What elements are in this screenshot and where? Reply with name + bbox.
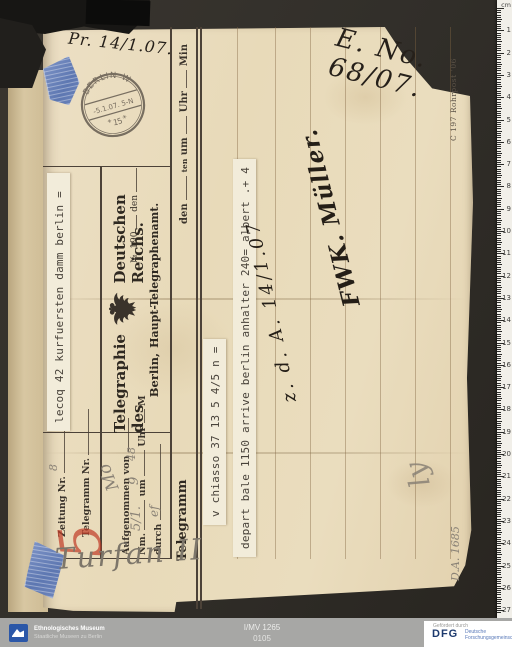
ruler-tick — [497, 211, 501, 212]
ruler-tick — [497, 505, 501, 506]
ruler-cm-label: 7 — [507, 160, 511, 168]
ruler-tick — [497, 392, 501, 393]
ruler-tick — [497, 340, 501, 341]
ruler-tick — [497, 155, 501, 156]
ruler-tick — [497, 53, 504, 54]
ruler-tick — [497, 222, 501, 223]
ruler-tick — [497, 541, 501, 542]
pencil-eight: 8 — [47, 464, 60, 471]
ruler-tick — [497, 572, 501, 573]
ruler-tick — [497, 461, 501, 462]
ruler-tick — [497, 244, 501, 245]
ruler-tick — [497, 358, 501, 359]
page-number: 0105 — [222, 634, 302, 643]
ruler-tick — [497, 235, 501, 236]
ruler-tick — [497, 539, 501, 540]
ruler-tick — [497, 385, 501, 386]
pencil-flourish: ly — [398, 458, 437, 491]
ruler-tick — [497, 17, 501, 18]
ruler-tick — [497, 153, 502, 154]
ruler-tick — [497, 590, 501, 591]
ruler-tick — [497, 528, 501, 529]
ruler-tick — [497, 463, 501, 464]
dfg-name-line2: Forschungsgemeinschaft — [465, 635, 512, 641]
ruler-tick — [497, 479, 501, 480]
ruler-tick — [497, 233, 501, 234]
ruler-tick — [497, 262, 501, 263]
ruler-cm-label: 4 — [507, 93, 511, 101]
pencil-ef: ef — [147, 505, 161, 517]
ruler-tick — [497, 494, 501, 495]
ruler-tick — [497, 557, 501, 558]
ruler-tick — [497, 510, 502, 511]
ruler-tick — [497, 586, 501, 587]
ruler-tick — [497, 151, 501, 152]
ruler-tick — [497, 316, 501, 317]
ruler-tick — [497, 191, 501, 192]
ruler-tick — [497, 347, 501, 348]
ruler-tick — [497, 416, 501, 417]
signature: FWK. Müller. — [295, 126, 365, 310]
form-rule — [380, 27, 381, 559]
ruler-cm-label: 3 — [507, 71, 511, 79]
ruler-tick — [497, 396, 501, 397]
ruler-tick — [497, 200, 501, 201]
ruler-tick — [497, 298, 504, 299]
ruler-tick — [497, 525, 501, 526]
ruler-tick — [497, 242, 502, 243]
ruler-tick — [497, 314, 501, 315]
ruler-tick — [497, 407, 501, 408]
dateline-uhr: Uhr — [179, 91, 190, 112]
ruler-tick — [497, 376, 502, 377]
ruler-tick — [497, 82, 501, 83]
ruler-tick — [497, 215, 501, 216]
ruler-tick — [497, 398, 502, 399]
ruler-tick — [497, 472, 501, 473]
ruler-cm-label: 5 — [507, 116, 511, 124]
ruler-tick — [497, 474, 501, 475]
ruler-tick — [497, 162, 501, 163]
ruler-tick — [497, 543, 504, 544]
ruler-cm-label: 8 — [507, 182, 511, 190]
telegramm-nr-blank — [79, 409, 89, 455]
ruler-tick — [497, 79, 501, 80]
form-rule — [310, 27, 311, 559]
dateline-den: den — [179, 203, 190, 224]
ruler-tick — [497, 545, 501, 546]
ruler-tick — [497, 213, 501, 214]
aufgenommen-field: Aufgenommen von — [119, 418, 132, 555]
ruler-tick — [497, 142, 504, 143]
dateline-blank2 — [177, 116, 187, 134]
dateline-blank3 — [177, 70, 187, 88]
ruler-tick — [497, 97, 504, 98]
binding-fragment — [86, 0, 151, 26]
ruler-tick — [497, 487, 502, 488]
ruler-tick — [497, 309, 502, 310]
ruler-tick — [497, 227, 501, 228]
form-rule — [170, 27, 172, 559]
ruler-tick — [497, 177, 501, 178]
ruler-tick — [497, 173, 501, 174]
ruler-tick — [497, 12, 501, 13]
ruler-tick — [497, 164, 504, 165]
ruler-tick — [497, 180, 501, 181]
ruler-tick — [497, 289, 501, 290]
ruler-tick — [497, 104, 501, 105]
ruler-tick — [497, 271, 501, 272]
dateline-min: Min — [179, 44, 190, 66]
ruler-tick — [497, 75, 504, 76]
ruler-tick — [497, 329, 501, 330]
ruler-tick — [497, 311, 501, 312]
ruler-tick — [497, 50, 501, 51]
ruler-tick — [497, 280, 501, 281]
ruler-tick — [497, 124, 501, 125]
ruler-tick — [497, 400, 501, 401]
ruler-tick — [497, 133, 501, 134]
ruler-tick — [497, 436, 501, 437]
ruler-tick — [497, 559, 501, 560]
ruler-tick — [497, 302, 501, 303]
ruler-tick — [497, 21, 501, 22]
ruler-tick — [497, 264, 502, 265]
dfg-acronym: DFG — [432, 628, 458, 640]
ruler-tick — [497, 28, 501, 29]
ruler-tick — [497, 320, 504, 321]
ruler-tick — [497, 57, 501, 58]
ruler-tick — [497, 144, 501, 145]
ruler-tick — [497, 102, 501, 103]
ruler-tick — [497, 351, 501, 352]
ruler-tick — [497, 260, 501, 261]
no-line: №. 190 den — [127, 168, 140, 263]
ruler-tick — [497, 206, 501, 207]
ruler-tick — [497, 209, 504, 210]
ruler-tick — [497, 603, 501, 604]
ruler-tick — [497, 231, 504, 232]
ruler-cm-label: 9 — [507, 205, 511, 213]
ruler-tick — [497, 561, 501, 562]
ruler-tick — [497, 325, 501, 326]
ruler-tick — [497, 499, 504, 500]
ruler-tick — [497, 476, 504, 477]
ruler-tick — [497, 583, 501, 584]
ruler-tick — [497, 195, 501, 196]
ruler-tick — [497, 19, 502, 20]
ruler-tick — [497, 423, 501, 424]
ruler-tick — [497, 530, 501, 531]
ruler-tick — [497, 276, 504, 277]
dateline: den ten um Uhr Min — [177, 44, 190, 224]
ruler-tick — [497, 521, 504, 522]
ruler-tick — [497, 307, 501, 308]
museum-logo — [9, 624, 28, 642]
ruler-tick — [497, 427, 501, 428]
ruler-tick — [497, 41, 502, 42]
ruler-tick — [497, 597, 501, 598]
ruler-tick — [497, 269, 501, 270]
ruler-tick — [497, 566, 504, 567]
ruler-tick — [497, 238, 501, 239]
ruler-tick — [497, 343, 504, 344]
measurement-ruler: cm 1234567891011121314151617181920212223… — [497, 0, 512, 618]
ruler-tick — [497, 432, 504, 433]
ruler-tick — [497, 84, 501, 85]
ruler-tick — [497, 516, 501, 517]
ruler-tick — [497, 300, 501, 301]
ruler-tick — [497, 496, 501, 497]
ruler-tick — [497, 429, 501, 430]
ruler-tick — [497, 606, 501, 607]
ruler-tick — [497, 62, 501, 63]
ruler-tick — [497, 86, 502, 87]
ruler-tick — [497, 59, 501, 60]
ruler-tick — [497, 610, 504, 611]
ruler-tick — [497, 186, 504, 187]
ruler-tick — [497, 367, 501, 368]
ruler-tick — [497, 434, 501, 435]
ruler-tick — [497, 135, 501, 136]
ruler-tick — [497, 113, 501, 114]
ruler-tick — [497, 588, 504, 589]
ruler-tick — [497, 202, 501, 203]
ruler-tick — [497, 198, 502, 199]
ruler-tick — [497, 612, 501, 613]
ruler-tick — [497, 24, 501, 25]
ruler-tick — [497, 483, 501, 484]
ruler-tick — [497, 523, 501, 524]
dateline-um: um — [179, 137, 190, 155]
ruler-tick — [497, 438, 501, 439]
ruler-tick — [497, 512, 501, 513]
ruler-tick — [497, 126, 501, 127]
pencil-date: 5/1. — [129, 506, 144, 531]
ruler-tick — [497, 387, 504, 388]
pencil-min: 48 — [125, 447, 138, 461]
ruler-tick — [497, 64, 502, 65]
museum-name: Ethnologisches Museum — [34, 626, 105, 632]
ruler-tick — [497, 184, 501, 185]
ruler-tick — [497, 577, 502, 578]
ruler-tick — [497, 26, 501, 27]
ruler-tick — [497, 95, 501, 96]
ruler-tick — [497, 39, 501, 40]
ruler-tick — [497, 374, 501, 375]
ruler-cm-label: 2 — [507, 49, 511, 57]
form-header: Telegraphie des Deutschen Reichs. — [101, 167, 147, 433]
ruler-tick — [497, 91, 501, 92]
inventory-number: I/MV 1265 — [222, 623, 302, 632]
ruler-tick — [497, 218, 501, 219]
ruler-tick — [497, 117, 501, 118]
ruler-tick — [497, 273, 501, 274]
dfg-full-name: Deutsche Forschungsgemeinschaft — [465, 629, 512, 641]
ruler-tick — [497, 66, 501, 67]
ruler-tick — [497, 409, 504, 410]
ruler-tick — [497, 115, 501, 116]
ruler-tick — [497, 68, 501, 69]
ruler-tick — [497, 247, 501, 248]
ruler-tick — [497, 534, 501, 535]
ruler-tick — [497, 131, 502, 132]
ruler-tick — [497, 282, 501, 283]
ruler-tick — [497, 267, 501, 268]
form-rule — [200, 27, 202, 609]
ruler-tick — [497, 48, 501, 49]
ruler-tick — [497, 166, 501, 167]
ruler-tick — [497, 8, 504, 9]
ruler-tick — [497, 148, 501, 149]
ruler-tick — [497, 418, 501, 419]
ruler-tick — [497, 380, 501, 381]
ruler-tick — [497, 193, 501, 194]
ruler-tick — [497, 336, 501, 337]
ruler-tick — [497, 581, 501, 582]
ruler-tick — [497, 77, 501, 78]
ruler-tick — [497, 33, 501, 34]
ruler-cm-label: 1 — [507, 26, 511, 34]
ruler-tick — [497, 140, 501, 141]
ruler-tick — [497, 360, 501, 361]
ruler-tick — [497, 331, 502, 332]
ruler-tick — [497, 278, 501, 279]
ruler-tick — [497, 293, 501, 294]
ruler-tick — [497, 137, 501, 138]
ruler-tick — [497, 189, 501, 190]
telegramm-nr-field: Telegramm Nr. — [79, 409, 92, 537]
ruler-tick — [497, 514, 501, 515]
ruler-tick — [497, 441, 501, 442]
subtitle-office: Haupt-Telegraphenamt. — [148, 203, 161, 348]
ruler-tick — [497, 574, 501, 575]
message-tape: depart bale 1150 arrive berlin anhalter … — [233, 159, 256, 557]
title-right: Deutschen Reichs. — [101, 167, 147, 284]
ruler-tick — [497, 592, 501, 593]
ruler-tick — [497, 93, 501, 94]
ruler-tick — [497, 285, 501, 286]
ruler-tick — [497, 447, 501, 448]
no-blank — [127, 215, 137, 229]
form-subheader: Berlin, Haupt-Telegraphenamt. — [143, 167, 162, 433]
ruler-tick — [497, 365, 504, 366]
ruler-tick — [497, 338, 501, 339]
ruler-tick — [497, 322, 501, 323]
ruler-tick — [497, 10, 501, 11]
ruler-tick — [497, 253, 504, 254]
ruler-tick — [497, 445, 501, 446]
ruler-tick — [497, 128, 501, 129]
ruler-tick — [497, 394, 501, 395]
ruler-tick — [497, 106, 501, 107]
ruler-tick — [497, 369, 501, 370]
ruler-tick — [497, 485, 501, 486]
ruler-tick — [497, 465, 502, 466]
ruler-tick — [497, 220, 502, 221]
ruler-tick — [497, 467, 501, 468]
ruler-tick — [497, 458, 501, 459]
no-den-label: den — [130, 195, 140, 212]
ruler-tick — [497, 421, 502, 422]
museum-subtitle: Staatliche Museen zu Berlin — [34, 634, 102, 640]
ruler-tick — [497, 256, 501, 257]
ruler-tick — [497, 519, 501, 520]
ruler-tick — [497, 345, 501, 346]
ruler-tick — [497, 452, 501, 453]
ruler-tick — [497, 291, 501, 292]
ruler-tick — [497, 608, 501, 609]
ruler-tick — [497, 157, 501, 158]
ruler-tick — [497, 503, 501, 504]
routing-tape: v chiasso 37 13 5 4/5 n = — [203, 339, 226, 525]
ruler-tick — [497, 204, 501, 205]
under-page — [8, 70, 48, 612]
ruler-tick — [497, 548, 501, 549]
ruler-tick — [497, 15, 501, 16]
ruler-tick — [497, 570, 501, 571]
ruler-cm-label: 6 — [507, 138, 511, 146]
ruler-tick — [497, 30, 504, 31]
no-190-label: №. 190 — [130, 232, 140, 263]
ruler-tick — [497, 305, 501, 306]
ruler-tick — [497, 454, 504, 455]
ruler-tick — [497, 414, 501, 415]
ruler-tick — [497, 37, 501, 38]
ruler-tick — [497, 99, 501, 100]
pencil-hour: 9 — [127, 477, 142, 485]
no-den-blank — [127, 168, 137, 192]
ruler-tick — [497, 296, 501, 297]
pencil-file-number: D.A. 1685 — [449, 526, 462, 581]
ruler-tick — [497, 532, 502, 533]
ruler-tick — [497, 44, 501, 45]
ruler-tick — [497, 470, 501, 471]
ruler-tick — [497, 287, 502, 288]
ruler-tick — [497, 249, 501, 250]
form-rule — [196, 27, 198, 609]
ruler-tick — [497, 563, 501, 564]
ruler-tick — [497, 122, 501, 123]
ruler-tick — [497, 258, 501, 259]
ruler-tick — [497, 73, 501, 74]
ruler-tick — [497, 378, 501, 379]
ruler-tick — [497, 171, 501, 172]
ruler-tick — [497, 601, 501, 602]
ruler-tick — [497, 492, 501, 493]
ruler-tick — [497, 169, 501, 170]
ruler-tick — [497, 481, 501, 482]
ruler-tick — [497, 363, 501, 364]
ruler-tick — [497, 371, 501, 372]
ruler-tick — [497, 508, 501, 509]
dfg-logo: Gefördert durch DFG Deutsche Forschungsg… — [424, 621, 512, 647]
ruler-tick — [497, 599, 502, 600]
ruler-tick — [497, 108, 502, 109]
imperial-eagle-icon — [101, 292, 145, 326]
ruler-tick — [497, 349, 501, 350]
ruler-tick — [497, 579, 501, 580]
ruler-tick — [497, 160, 501, 161]
ruler-tick — [497, 425, 501, 426]
ruler-tick — [497, 552, 501, 553]
ruler-tick — [497, 554, 502, 555]
ruler-tick — [497, 182, 501, 183]
ruler-tick — [497, 318, 501, 319]
ruler-tick — [497, 120, 504, 121]
ruler-tick — [497, 35, 501, 36]
ruler-tick — [497, 501, 501, 502]
